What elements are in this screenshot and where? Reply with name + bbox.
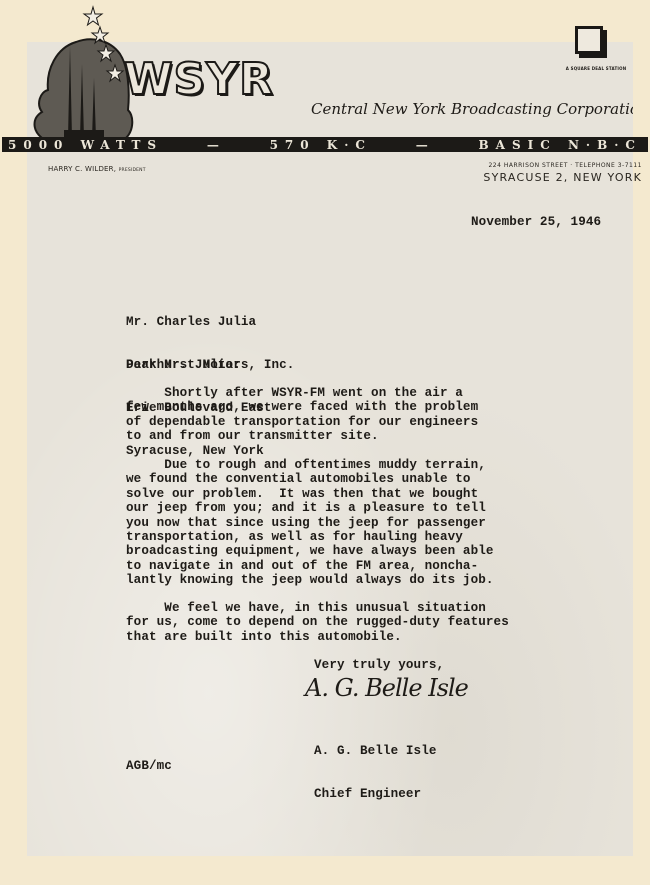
letter-date: November 25, 1946 xyxy=(471,215,601,229)
body-paragraph: We feel we have, in this unusual situati… xyxy=(126,601,509,644)
reference-initials: AGB/mc xyxy=(126,759,172,773)
president-title: PRESIDENT xyxy=(119,168,146,173)
salutation: Dear Mr. Julia: xyxy=(126,358,241,372)
closing: Very truly yours, xyxy=(314,658,444,672)
band-frequency: 570 K·C xyxy=(270,138,372,152)
band-network: BASIC N·B·C xyxy=(479,138,642,152)
signer-title: Chief Engineer xyxy=(314,787,437,801)
body-paragraph: Shortly after WSYR-FM went on the air a … xyxy=(126,386,478,444)
city-address: SYRACUSE 2, NEW YORK xyxy=(483,171,642,184)
square-deal-logo-icon xyxy=(575,26,607,58)
band-power: 5000 WATTS xyxy=(8,138,163,152)
station-call-letters: WSYR xyxy=(124,58,274,102)
recipient-line: Mr. Charles Julia xyxy=(126,315,294,329)
station-info-band: 5000 WATTS — 570 K·C — BASIC N·B·C xyxy=(2,137,648,152)
street-address: 224 HARRISON STREET · TELEPHONE 3-7111 xyxy=(488,162,642,169)
square-deal-caption: A SQUARE DEAL STATION xyxy=(556,66,636,71)
company-name: Central New York Broadcasting Corporatio xyxy=(311,100,633,118)
handwritten-signature: A. G. Belle Isle xyxy=(305,674,468,702)
signer-name: A. G. Belle Isle xyxy=(314,744,437,758)
signer-block: A. G. Belle Isle Chief Engineer xyxy=(314,715,437,816)
body-paragraph: Due to rough and oftentimes muddy terrai… xyxy=(126,458,494,588)
recipient-line: Syracuse, New York xyxy=(126,444,294,458)
president-line: HARRY C. WILDER, PRESIDENT xyxy=(48,165,146,173)
band-separator: — xyxy=(416,138,435,152)
stars-icon xyxy=(80,5,130,85)
band-separator: — xyxy=(207,138,226,152)
president-name: HARRY C. WILDER, xyxy=(48,165,116,173)
recipient-block: Mr. Charles Julia Parkhurst Motors, Inc.… xyxy=(126,286,294,473)
